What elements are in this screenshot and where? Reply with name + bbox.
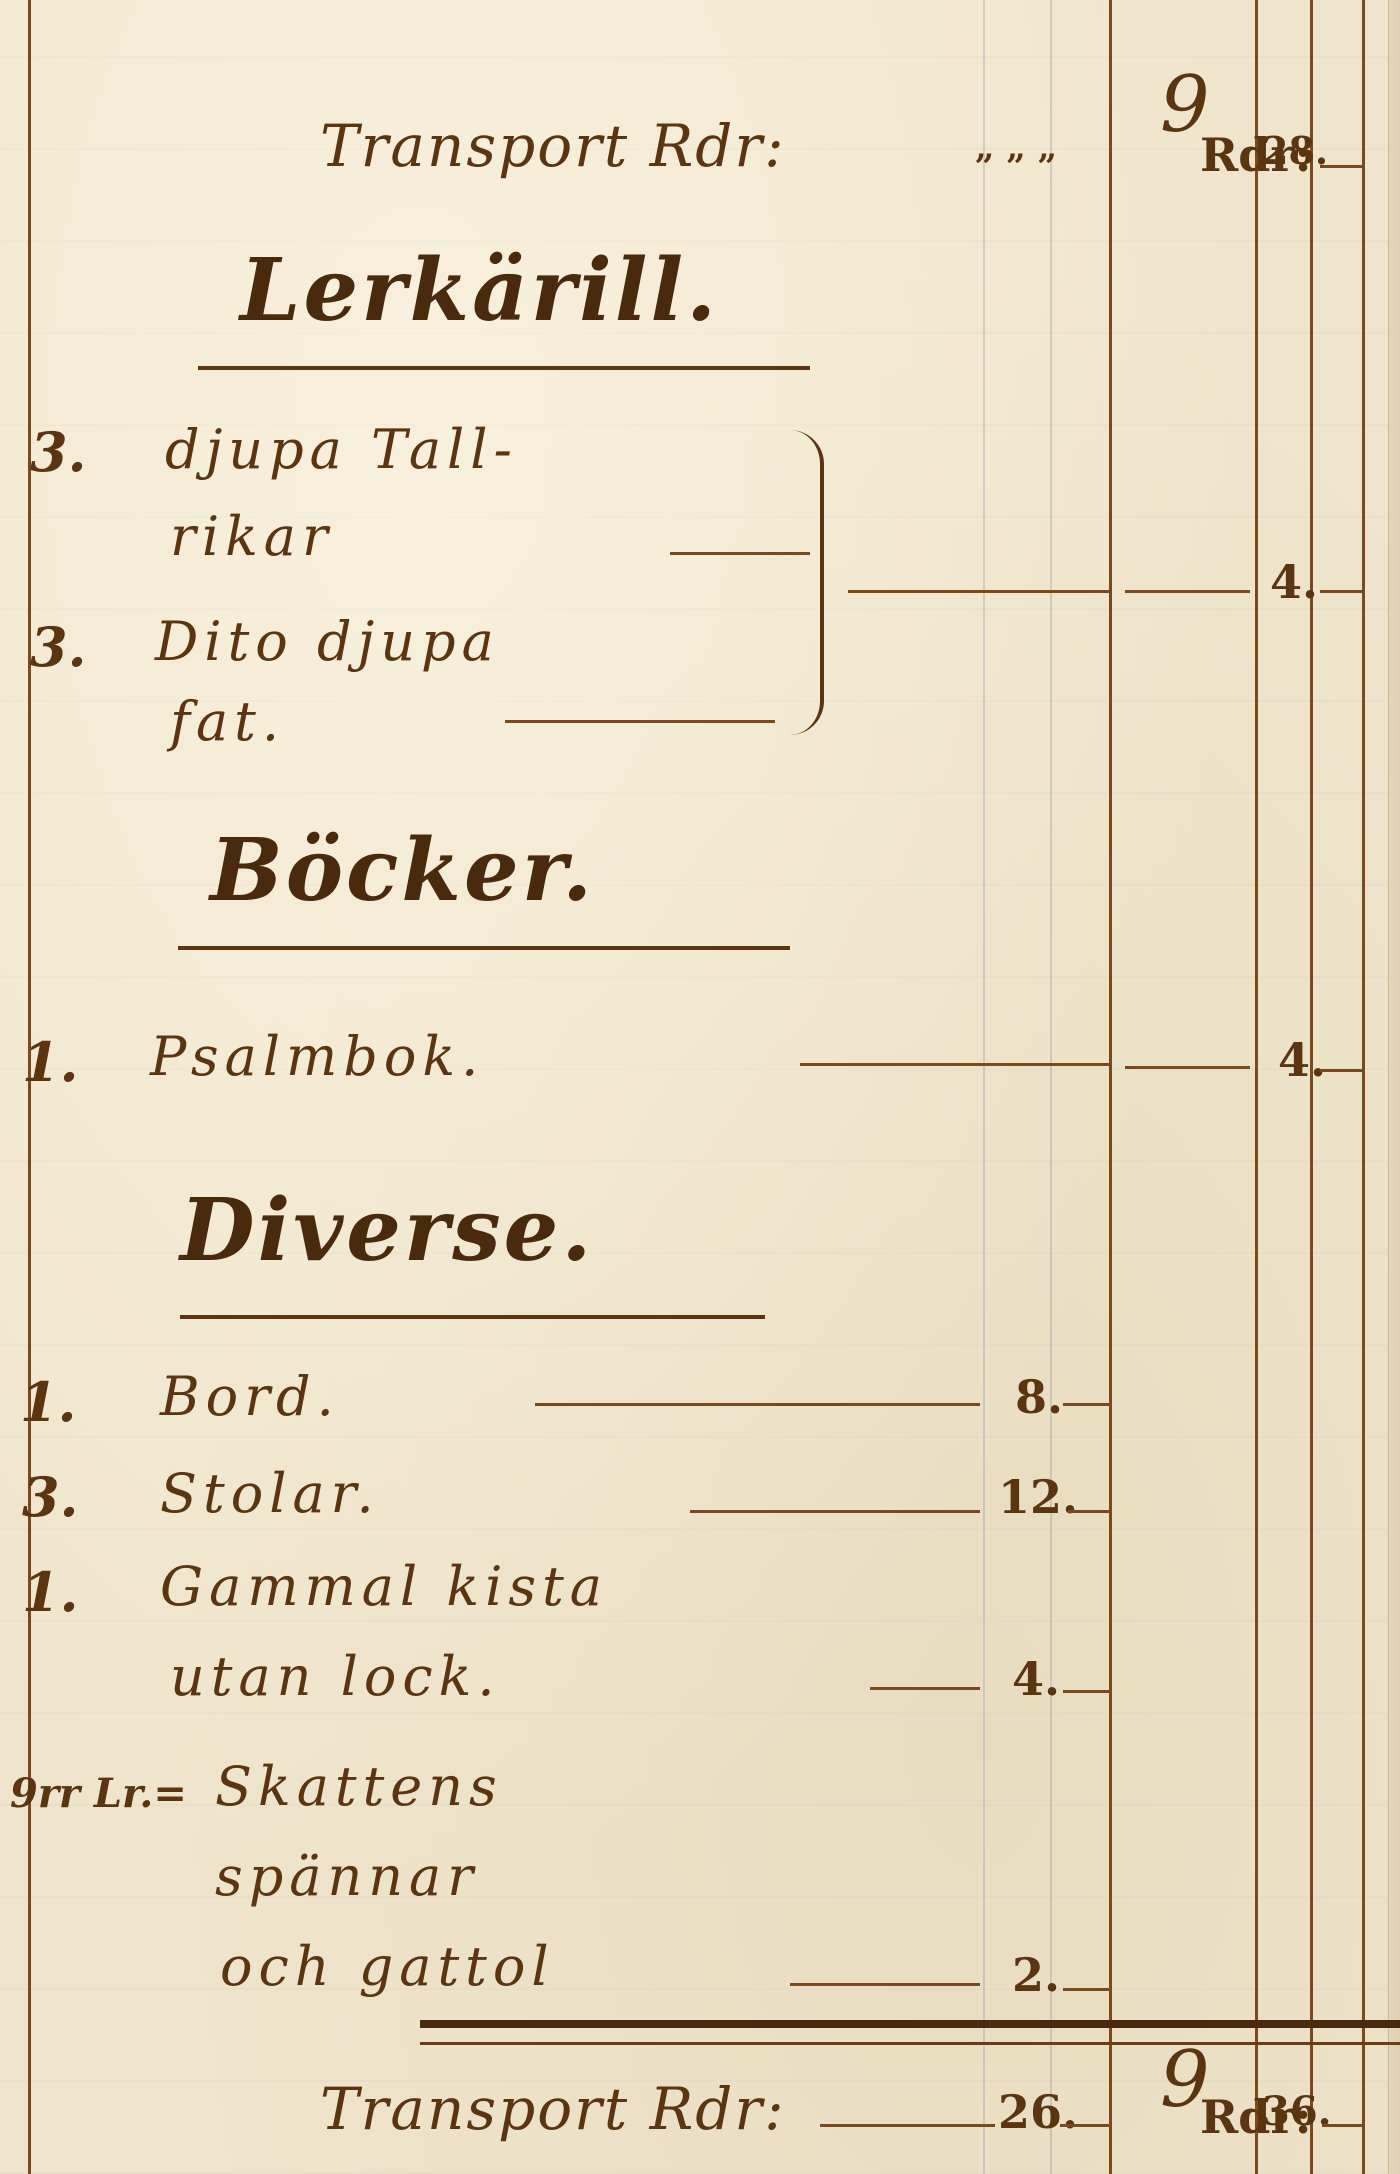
amount-dash <box>1063 1403 1109 1406</box>
heading-underline <box>198 366 810 370</box>
heading-underline <box>178 946 790 950</box>
item-dash <box>670 552 810 555</box>
item-qty: 1. <box>22 1030 78 1094</box>
amount-dash <box>1320 1069 1364 1072</box>
item-line: Gammal kista <box>160 1555 608 1618</box>
leader-dash <box>848 590 1110 593</box>
amount-dash <box>1322 2124 1364 2127</box>
item-line: spännar <box>215 1845 479 1908</box>
section-heading-bocker: Böcker. <box>210 820 595 921</box>
column-line-2 <box>1255 0 1258 2174</box>
item-line: utan lock. <box>170 1645 501 1708</box>
item-value: 2. <box>1012 1948 1060 2002</box>
item-line: Skattens <box>215 1755 503 1818</box>
item-qty: 1. <box>20 1370 76 1434</box>
column-line-1 <box>1109 0 1112 2174</box>
item-line: Bord. <box>160 1365 340 1428</box>
item-value: 12. <box>998 1470 1078 1524</box>
item-line: fat. <box>170 690 285 753</box>
item-qty: 3. <box>30 615 86 679</box>
total-double-rule <box>420 2020 1400 2045</box>
transport-top-label: Transport Rdr: <box>320 112 786 180</box>
leader-dash <box>1125 1066 1250 1069</box>
amount-dash <box>1060 2124 1109 2127</box>
item-dash <box>505 720 775 723</box>
leader-dash <box>535 1403 980 1406</box>
leader-dash <box>820 2124 995 2127</box>
amount-dash <box>1320 165 1364 168</box>
item-qty: 9rr Lr.= <box>10 1770 187 1817</box>
section-heading-diverse: Diverse. <box>180 1180 594 1281</box>
leader-dash <box>690 1510 980 1513</box>
transport-top-amount: 28. <box>1262 128 1328 173</box>
transport-bottom-subtotal: 26. <box>998 2085 1078 2139</box>
item-qty: 1. <box>22 1560 78 1624</box>
pencil-column-line <box>1050 0 1052 2174</box>
section-value: 4. <box>1270 555 1318 609</box>
pencil-column-line <box>983 0 985 2174</box>
transport-bottom-label: Transport Rdr: <box>320 2075 786 2143</box>
column-line-3 <box>1310 0 1313 2174</box>
item-line: Psalmbok. <box>150 1025 484 1088</box>
leader-dash <box>1125 590 1250 593</box>
leader-dash <box>790 1983 980 1986</box>
item-value: 4. <box>1278 1033 1326 1087</box>
item-line: djupa Tall- <box>165 418 518 481</box>
grouping-bracket <box>790 430 824 735</box>
item-value: 4. <box>1012 1652 1060 1706</box>
heading-underline <box>180 1315 765 1319</box>
amount-dash <box>1320 590 1364 593</box>
amount-dash <box>1063 1988 1109 1991</box>
item-line: Dito djupa <box>155 610 500 673</box>
ditto-marks: „ „ „ <box>975 128 1057 168</box>
section-heading-lerkarill: Lerkärill. <box>240 240 719 341</box>
amount-dash <box>1063 1690 1109 1693</box>
amount-dash <box>1068 1510 1109 1513</box>
leader-dash <box>800 1063 1110 1066</box>
item-qty: 3. <box>30 420 86 484</box>
item-qty: 3. <box>22 1465 78 1529</box>
column-line-4 <box>1362 0 1365 2174</box>
item-line: rikar <box>170 505 334 568</box>
item-line: Stolar. <box>160 1462 380 1525</box>
transport-bottom-amount: 36. <box>1262 2088 1332 2135</box>
item-line: och gattol <box>220 1935 555 1998</box>
facing-page-edge <box>1388 0 1400 2174</box>
leader-dash <box>870 1687 980 1690</box>
item-value: 8. <box>1015 1370 1063 1424</box>
